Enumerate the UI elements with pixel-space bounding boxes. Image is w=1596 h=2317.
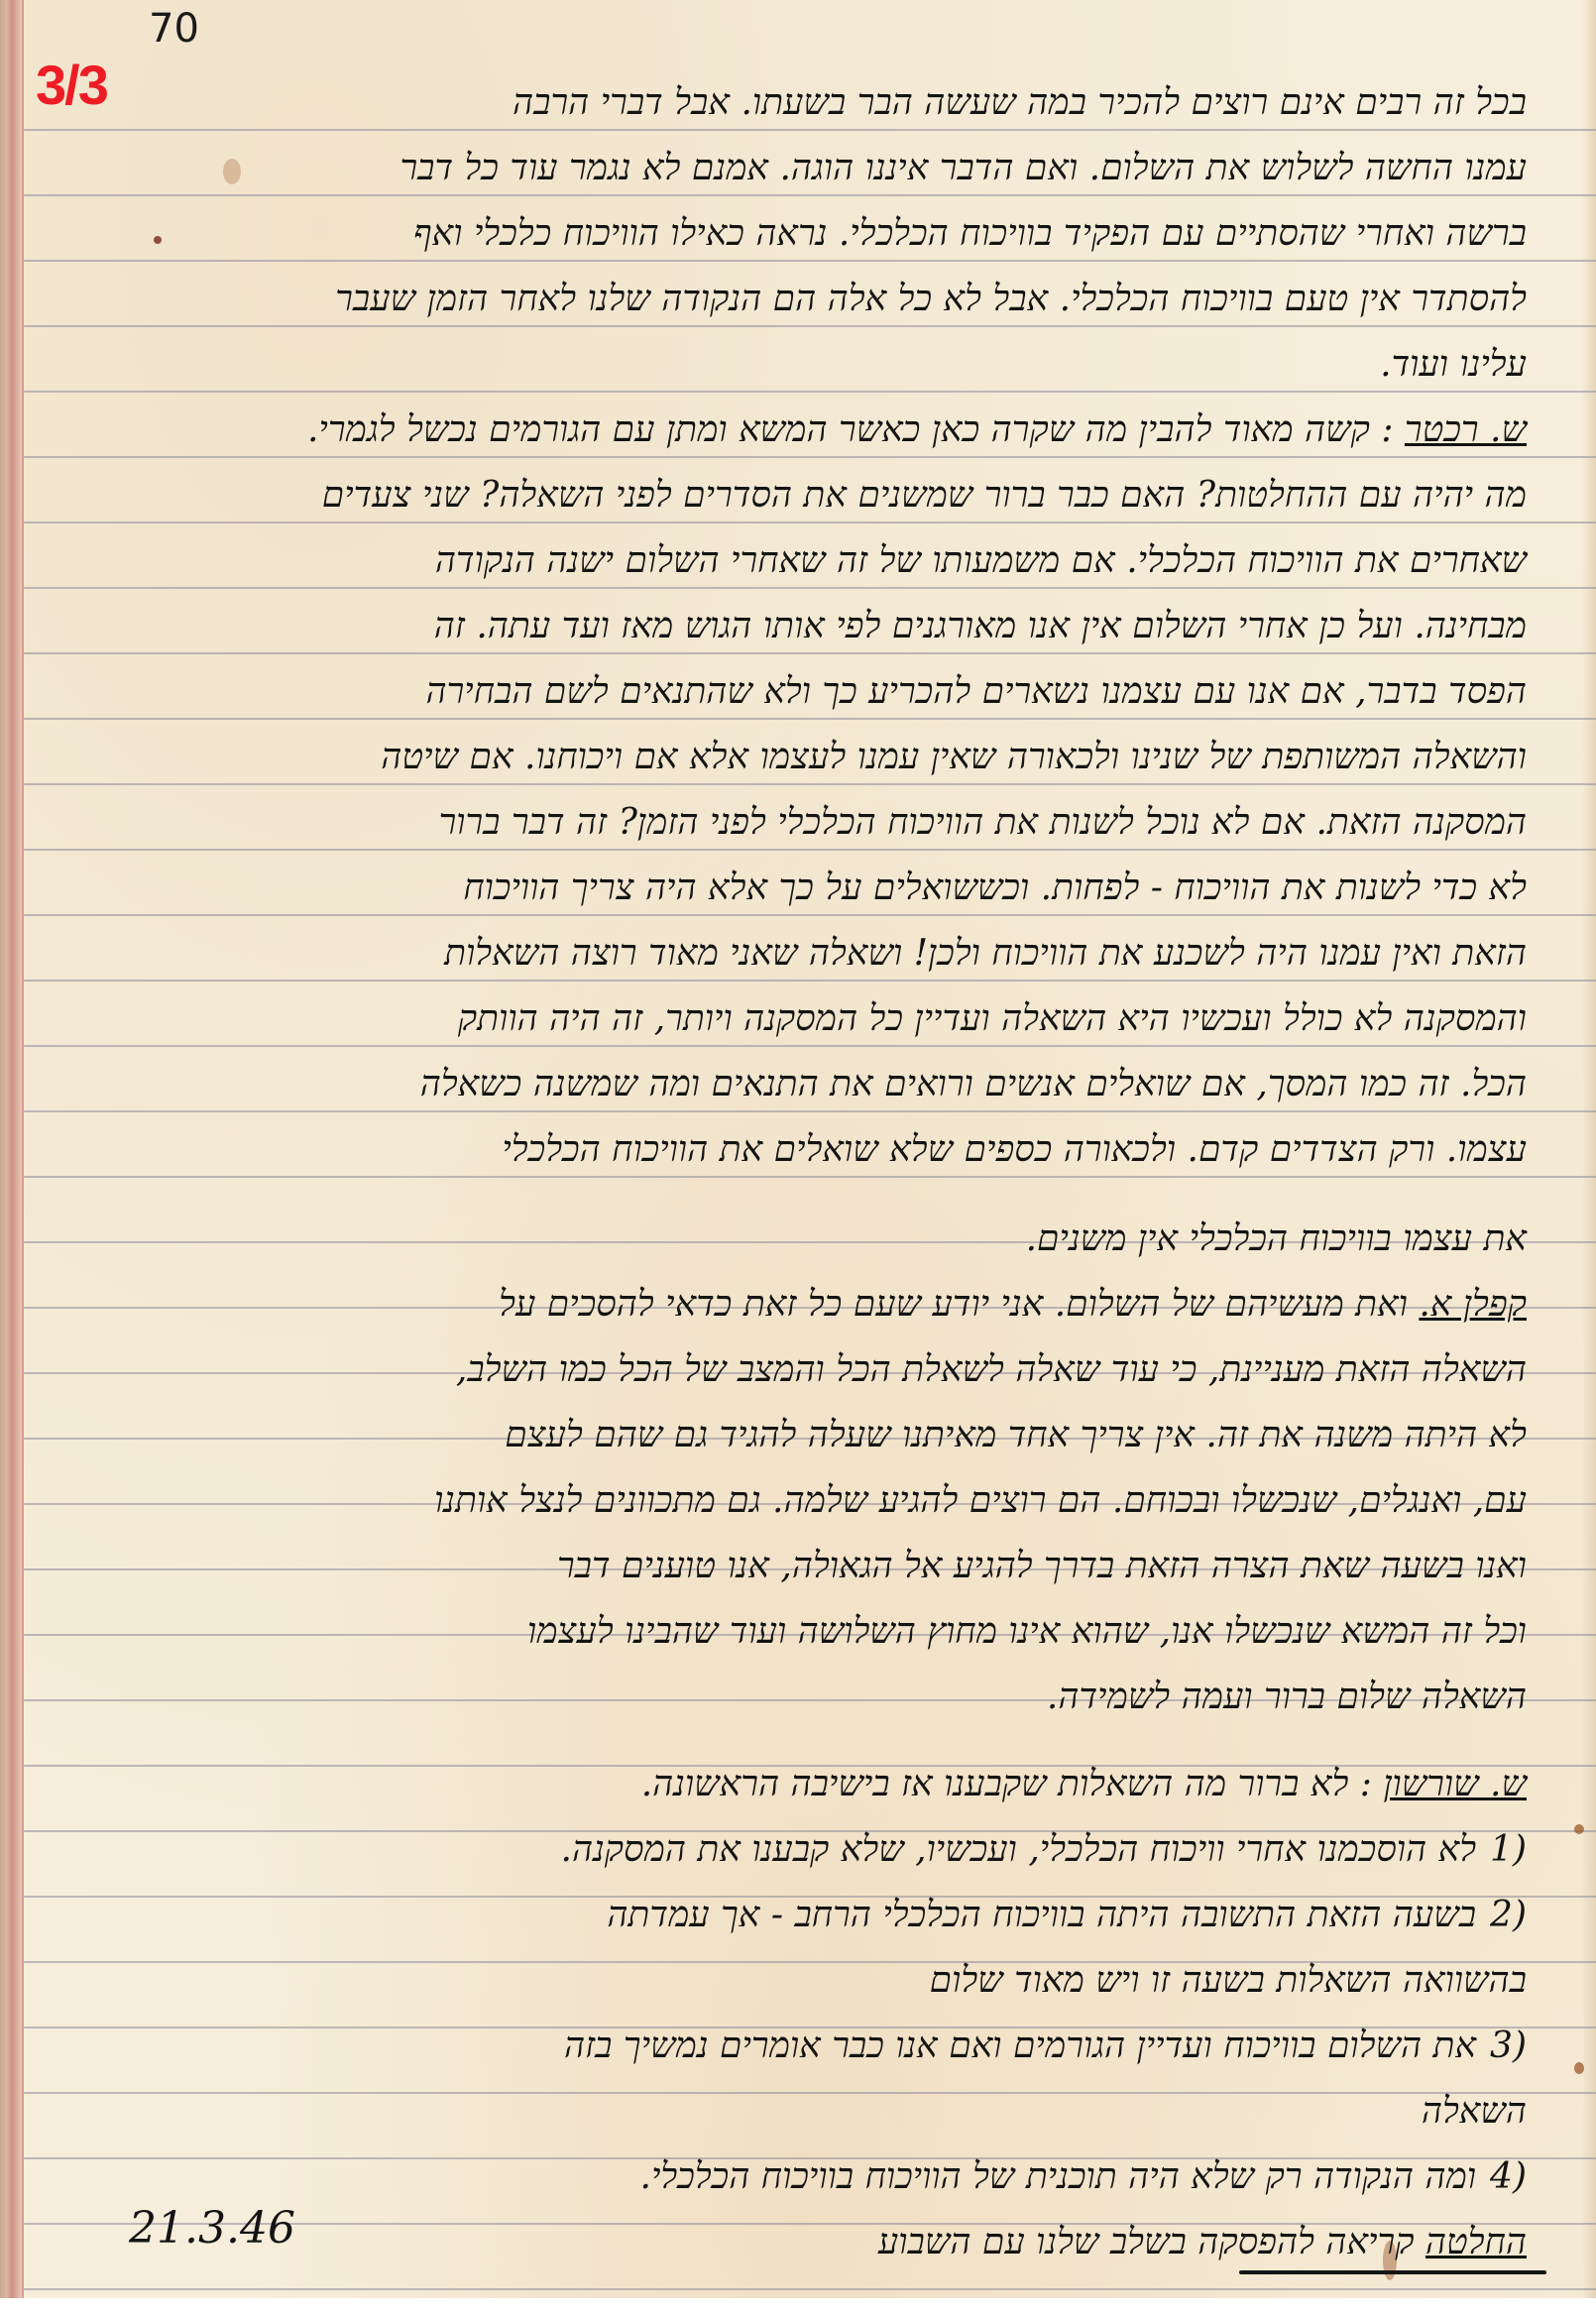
- notebook-page: 70 3/3 בכל זה רבים אינם רוצים להכיר במה …: [0, 0, 1596, 2298]
- part-badge: 3/3: [36, 58, 107, 113]
- ruled-line: [24, 914, 1596, 916]
- ruled-line: [24, 1176, 1596, 1178]
- text-line: עלינו ועוד.: [1380, 339, 1527, 391]
- line-text: בכל זה רבים אינם רוצים להכיר במה שעשה הב…: [513, 82, 1527, 123]
- text-line: עצמו. ורק הצדדים קדם. ולכאורה כספים שלא …: [502, 1124, 1527, 1176]
- ruled-line: [24, 718, 1596, 720]
- list-marker: (1: [1490, 1829, 1527, 1870]
- text-line: השאלה שלום ברור ועמה לשמידה.: [1047, 1672, 1527, 1723]
- text-line: קפלן א. ואת מעשיהם של השלום. אני יודע שע…: [499, 1279, 1527, 1331]
- text-line: עם, ואנגלים, שנכשלו ובכוחם. הם רוצים להג…: [434, 1475, 1527, 1527]
- ruled-line: [24, 587, 1596, 589]
- margin-line: [22, 0, 24, 2298]
- text-line: הזאת ואין עמנו היה לשכנע את הוויכוח ולכן…: [444, 928, 1527, 980]
- line-text: להסתדר אין טעם בוויכוח הכלכלי. אבל לא כל…: [335, 279, 1527, 319]
- text-line: שאחרים את הוויכוח הכלכלי. אם משמעותו של …: [435, 535, 1527, 587]
- text-line: בכל זה רבים אינם רוצים להכיר במה שעשה הב…: [513, 77, 1527, 129]
- ruled-line: [24, 456, 1596, 458]
- page-edge: [1582, 0, 1596, 2298]
- ruled-line: [24, 1110, 1596, 1112]
- speaker-label: החלטה: [1425, 2222, 1527, 2262]
- text-line: השאלה הזאת מעניינת, כי עוד שאלה לשאלת הכ…: [456, 1344, 1527, 1396]
- line-text: : קשה מאוד להבין מה שקרה כאן כאשר המשא ו…: [307, 409, 1405, 450]
- line-text: מה יהיה עם ההחלטות? האם כבר ברור שמשנים …: [322, 475, 1527, 516]
- text-line: להסתדר אין טעם בוויכוח הכלכלי. אבל לא כל…: [335, 274, 1527, 325]
- ruled-line: [24, 783, 1596, 785]
- date: 21.3.46: [129, 2203, 295, 2254]
- list-marker: (3: [1490, 2026, 1527, 2066]
- line-text: הפסד בדבר, אם אנו עם עצמנו נשארים להכריע…: [425, 671, 1527, 712]
- text-line: המסקנה הזאת. אם לא נוכל לשנות את הוויכוח…: [439, 797, 1527, 849]
- line-text: השאלה שלום ברור ועמה לשמידה.: [1047, 1677, 1527, 1717]
- line-text: עמנו החשה לשלוש את השלום. ואם הדבר איננו…: [399, 148, 1527, 188]
- ruled-line: [24, 194, 1596, 196]
- ink-stain: [154, 236, 162, 244]
- ruled-line: [24, 325, 1596, 327]
- ruled-line: [24, 980, 1596, 982]
- text-line: את עצמו בוויכוח הכלכלי אין משנים.: [1026, 1214, 1527, 1265]
- line-text: בשעה הזאת התשובה היתה בוויכוח הכלכלי הרח…: [607, 1895, 1476, 1935]
- text-line: לא כדי לשנות את הוויכוח - לפחות. וכששואל…: [463, 863, 1527, 914]
- ruled-line: [24, 652, 1596, 654]
- text-line: (4ומה הנקודה רק שלא היה תוכנית של הוויכו…: [640, 2151, 1527, 2203]
- ruled-line: [24, 849, 1596, 851]
- speaker-label: קפלן א.: [1419, 1284, 1527, 1325]
- text-line: לא היתה משנה את זה. אין צריך אחד מאיתנו …: [505, 1410, 1527, 1461]
- line-text: עצמו. ורק הצדדים קדם. ולכאורה כספים שלא …: [502, 1129, 1527, 1170]
- text-line: ברשה ואחרי שהסתיים עם הפקיד בוויכוח הכלכ…: [413, 208, 1527, 260]
- line-text: לא כדי לשנות את הוויכוח - לפחות. וכששואל…: [463, 868, 1527, 908]
- line-text: הכל. זה כמו המסך, אם שואלים אנשים ורואים…: [420, 1064, 1527, 1104]
- speaker-label: ש. רכטר: [1405, 409, 1527, 450]
- notebook-binding: [0, 0, 22, 2298]
- line-text: ברשה ואחרי שהסתיים עם הפקיד בוויכוח הכלכ…: [413, 213, 1527, 254]
- line-text: שאחרים את הוויכוח הכלכלי. אם משמעותו של …: [435, 540, 1527, 581]
- text-line: (2בשעה הזאת התשובה היתה בוויכוח הכלכלי ה…: [607, 1890, 1527, 1941]
- ruled-line: [24, 1045, 1596, 1047]
- ink-stain: [1574, 2062, 1584, 2074]
- text-line: והמסקנה לא כולל ועכשיו היא השאלה ועדיין …: [458, 993, 1527, 1045]
- text-line: ש. שורשון : לא ברור מה השאלות שקבענו אז …: [641, 1759, 1527, 1810]
- text-line: בהשוואה השאלות בשעה זו ויש מאוד שלום: [930, 1955, 1527, 2007]
- text-line: והשאלה המשותפת של שנינו ולכאורה שאין עמנ…: [381, 732, 1527, 783]
- line-text: בהשוואה השאלות בשעה זו ויש מאוד שלום: [930, 1960, 1527, 2001]
- ruled-line: [24, 260, 1596, 262]
- text-line: מה יהיה עם ההחלטות? האם כבר ברור שמשנים …: [322, 470, 1527, 521]
- line-text: השאלה הזאת מעניינת, כי עוד שאלה לשאלת הכ…: [456, 1349, 1527, 1390]
- list-marker: (2: [1490, 1895, 1527, 1935]
- line-text: לא הוסכמנו אחרי וויכוח הכלכלי, ועכשיו, ש…: [561, 1829, 1477, 1870]
- ruled-line: [24, 391, 1596, 393]
- line-text: את השלום בוויכוח ועדיין הגורמים ואם אנו …: [564, 2026, 1476, 2066]
- line-text: קריאה להפסקה בשלב שלנו עם השבוע: [878, 2222, 1425, 2262]
- ruled-line: [24, 129, 1596, 131]
- text-line: וכל זה המשא שנכשלו אנו, שהוא אינו מחוץ ה…: [527, 1606, 1527, 1658]
- line-text: ואת מעשיהם של השלום. אני יודע שעם כל זאת…: [499, 1284, 1419, 1325]
- ruled-line: [24, 2288, 1596, 2290]
- line-text: המסקנה הזאת. אם לא נוכל לשנות את הוויכוח…: [439, 802, 1527, 843]
- line-text: מבחינה. ועל כן אחרי השלום אין אנו מאורגנ…: [434, 606, 1527, 646]
- line-text: ואנו בשעה שאת הצרה הזאת בדרך להגיע אל הג…: [557, 1546, 1527, 1586]
- text-line: הכל. זה כמו המסך, אם שואלים אנשים ורואים…: [420, 1059, 1527, 1110]
- line-text: וכל זה המשא שנכשלו אנו, שהוא אינו מחוץ ה…: [527, 1611, 1527, 1652]
- ruled-line: [24, 521, 1596, 523]
- text-line: השאלה: [1422, 2086, 1527, 2138]
- text-line: ש. רכטר : קשה מאוד להבין מה שקרה כאן כאש…: [307, 405, 1527, 456]
- line-text: עם, ואנגלים, שנכשלו ובכוחם. הם רוצים להג…: [434, 1480, 1527, 1521]
- page-number: 70: [149, 6, 199, 52]
- text-line: (3את השלום בוויכוח ועדיין הגורמים ואם אנ…: [564, 2021, 1527, 2072]
- line-text: והשאלה המשותפת של שנינו ולכאורה שאין עמנ…: [381, 737, 1527, 777]
- text-line: ואנו בשעה שאת הצרה הזאת בדרך להגיע אל הג…: [557, 1541, 1527, 1592]
- text-line: עמנו החשה לשלוש את השלום. ואם הדבר איננו…: [399, 143, 1527, 194]
- line-text: והמסקנה לא כולל ועכשיו היא השאלה ועדיין …: [458, 998, 1527, 1039]
- ink-stain: [1574, 1824, 1584, 1834]
- ink-stain: [223, 159, 241, 184]
- text-line: (1לא הוסכמנו אחרי וויכוח הכלכלי, ועכשיו,…: [561, 1824, 1527, 1876]
- line-text: השאלה: [1422, 2091, 1527, 2132]
- ruled-line: [24, 2092, 1596, 2094]
- line-text: עלינו ועוד.: [1380, 344, 1527, 385]
- line-text: הזאת ואין עמנו היה לשכנע את הוויכוח ולכן…: [444, 933, 1527, 974]
- line-text: לא היתה משנה את זה. אין צריך אחד מאיתנו …: [505, 1415, 1527, 1455]
- decision-underline: [1239, 2270, 1546, 2274]
- line-text: את עצמו בוויכוח הכלכלי אין משנים.: [1026, 1218, 1527, 1259]
- text-line: מבחינה. ועל כן אחרי השלום אין אנו מאורגנ…: [434, 601, 1527, 652]
- text-line: הפסד בדבר, אם אנו עם עצמנו נשארים להכריע…: [425, 666, 1527, 718]
- text-line: החלטה קריאה להפסקה בשלב שלנו עם השבוע: [878, 2217, 1527, 2268]
- line-text: : לא ברור מה השאלות שקבענו אז בישיבה הרא…: [641, 1764, 1384, 1804]
- list-marker: (4: [1490, 2156, 1527, 2197]
- speaker-label: ש. שורשון: [1383, 1764, 1527, 1804]
- line-text: ומה הנקודה רק שלא היה תוכנית של הוויכוח …: [640, 2156, 1477, 2197]
